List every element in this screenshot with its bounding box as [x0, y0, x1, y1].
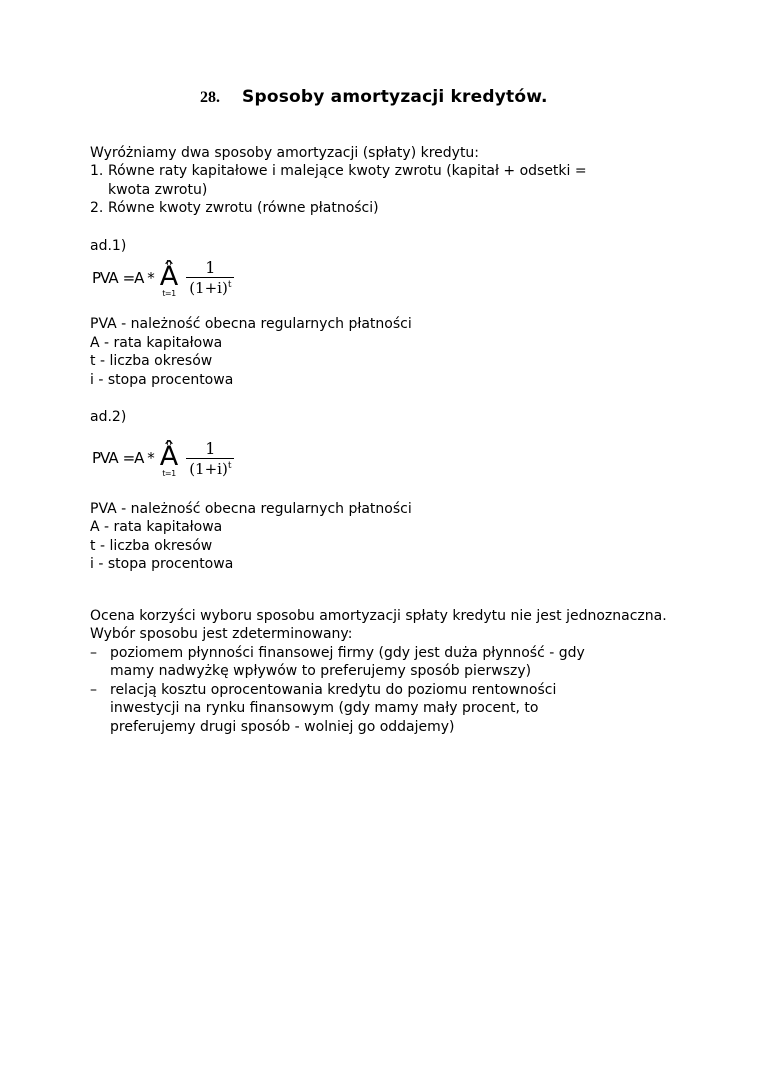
- formula-pva-1: PVA =A * n Â t=1 1 (1+i)t: [92, 255, 690, 301]
- list-item-number: 1.: [90, 162, 108, 199]
- denominator-base: (1+i): [189, 460, 228, 478]
- definitions-list: PVA - należność obecna regularnych płatn…: [90, 315, 690, 389]
- text-line: preferujemy drugi sposób - wolniej go od…: [110, 718, 556, 737]
- fraction-numerator: 1: [205, 440, 215, 458]
- list-item-number: 2.: [90, 199, 108, 218]
- document-page: 28.Sposoby amortyzacji kredytów. Wyróżni…: [0, 0, 760, 1075]
- definition-line: i - stopa procentowa: [90, 555, 690, 574]
- definition-line: PVA - należność obecna regularnych płatn…: [90, 500, 690, 519]
- summation-lower-limit: t=1: [162, 469, 175, 478]
- definition-line: A - rata kapitałowa: [90, 334, 690, 353]
- formula-operator: =A *: [123, 269, 154, 288]
- list-item-text: Równe kwoty zwrotu (równe płatności): [108, 199, 379, 218]
- bullet-text: poziomem płynności finansowej firmy (gdy…: [110, 644, 585, 681]
- fraction-numerator: 1: [205, 259, 215, 277]
- formula-pva-2: PVA =A * n Â t=1 1 (1+i)t: [92, 436, 690, 482]
- list-item: 1. Równe raty kapitałowe i malejące kwot…: [90, 162, 690, 199]
- text-line: poziomem płynności finansowej firmy (gdy…: [110, 644, 585, 663]
- summation-lower-limit: t=1: [162, 289, 175, 298]
- fraction: 1 (1+i)t: [186, 440, 234, 478]
- definition-line: i - stopa procentowa: [90, 371, 690, 390]
- text-line: kwota zwrotu): [108, 181, 587, 200]
- denominator-base: (1+i): [189, 279, 228, 297]
- definitions-list: PVA - należność obecna regularnych płatn…: [90, 500, 690, 574]
- summation-symbol: n Â t=1: [160, 259, 178, 298]
- conclusion-paragraph: Ocena korzyści wyboru sposobu amortyzacj…: [90, 607, 690, 644]
- definition-line: A - rata kapitałowa: [90, 518, 690, 537]
- text-line: mamy nadwyżkę wpływów to preferujemy spo…: [110, 662, 585, 681]
- formula-lhs: PVA: [92, 269, 118, 288]
- intro-lead: Wyróżniamy dwa sposoby amortyzacji (spła…: [90, 144, 690, 163]
- summation-glyph: Â: [160, 444, 178, 470]
- text-line: inwestycji na rynku finansowym (gdy mamy…: [110, 699, 556, 718]
- formula-operator: =A *: [123, 449, 154, 468]
- denominator-exponent: t: [228, 280, 232, 290]
- definition-line: t - liczba okresów: [90, 537, 690, 556]
- text-line: relacją kosztu oprocentowania kredytu do…: [110, 681, 556, 700]
- text-line: Ocena korzyści wyboru sposobu amortyzacj…: [90, 608, 562, 624]
- heading-number: 28.: [200, 89, 220, 106]
- text-line: Równe raty kapitałowe i malejące kwoty z…: [108, 162, 587, 181]
- fraction: 1 (1+i)t: [186, 259, 234, 297]
- fraction-denominator: (1+i)t: [186, 458, 234, 478]
- summation-glyph: Â: [160, 264, 178, 290]
- summation-symbol: n Â t=1: [160, 439, 178, 478]
- definition-line: PVA - należność obecna regularnych płatn…: [90, 315, 690, 334]
- bullet-item: – poziomem płynności finansowej firmy (g…: [90, 644, 690, 681]
- list-item-text: Równe raty kapitałowe i malejące kwoty z…: [108, 162, 587, 199]
- bullet-dash: –: [90, 681, 110, 737]
- formula-lhs: PVA: [92, 449, 118, 468]
- page-title: Sposoby amortyzacji kredytów.: [242, 87, 548, 107]
- definition-line: t - liczba okresów: [90, 352, 690, 371]
- section-label-ad1: ad.1): [90, 237, 690, 256]
- list-item: 2. Równe kwoty zwrotu (równe płatności): [90, 199, 690, 218]
- bullet-text: relacją kosztu oprocentowania kredytu do…: [110, 681, 556, 737]
- section-label-ad2: ad.2): [90, 408, 690, 427]
- denominator-exponent: t: [228, 461, 232, 471]
- page-heading: 28.Sposoby amortyzacji kredytów.: [200, 88, 690, 108]
- fraction-denominator: (1+i)t: [186, 277, 234, 297]
- text-line: Równe kwoty zwrotu (równe płatności): [108, 199, 379, 218]
- bullet-dash: –: [90, 644, 110, 681]
- bullet-item: – relacją kosztu oprocentowania kredytu …: [90, 681, 690, 737]
